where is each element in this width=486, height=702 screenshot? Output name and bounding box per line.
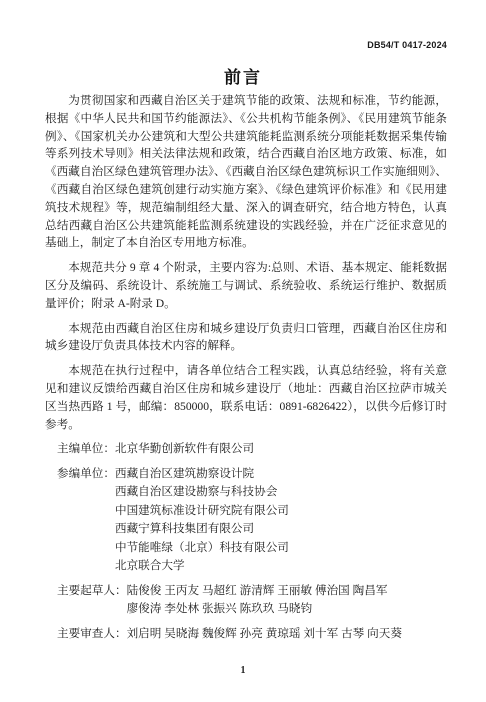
document-page: DB54/T 0417-2024 前言 为贯彻国家和西藏自治区关于建筑节能的政策… bbox=[0, 0, 486, 702]
credit-items: 西藏自治区建筑勘察设计院 西藏自治区建设勘察与科技协会 中国建筑标准设计研究院有… bbox=[115, 465, 289, 576]
credit-label: 主编单位： bbox=[57, 440, 115, 459]
credit-item: 西藏自治区建设勘察与科技协会 bbox=[115, 483, 289, 502]
credits-section: 主编单位： 北京华勤创新软件有限公司 参编单位： 西藏自治区建筑勘察设计院 西藏… bbox=[45, 440, 447, 643]
credit-item: 北京联合大学 bbox=[115, 557, 289, 576]
foreword-paragraph-1: 为贯彻国家和西藏自治区关于建筑节能的政策、法规和标准，节约能源，根据《中华人民共… bbox=[45, 92, 447, 252]
credit-items: 北京华勤创新软件有限公司 bbox=[115, 440, 254, 459]
credit-item: 中节能唯绿（北京）科技有限公司 bbox=[115, 539, 289, 558]
foreword-paragraph-2: 本规范共分 9 章 4 个附录，主要内容为:总则、术语、基本规定、能耗数据区分及… bbox=[45, 259, 447, 312]
credit-items: 刘启明 吴晓海 魏俊辉 孙亮 黄琼瑶 刘十军 古琴 向天葵 bbox=[127, 625, 402, 644]
page-number: 1 bbox=[0, 665, 486, 676]
credit-item: 中国建筑标准设计研究院有限公司 bbox=[115, 502, 289, 521]
credit-item: 北京华勤创新软件有限公司 bbox=[115, 440, 254, 459]
credit-item: 刘启明 吴晓海 魏俊辉 孙亮 黄琼瑶 刘十军 古琴 向天葵 bbox=[127, 625, 402, 644]
credit-label: 主要审查人： bbox=[57, 625, 127, 644]
credit-block-drafters: 主要起草人： 陆俊俊 王丙友 马超红 游清辉 王丽敏 傅治国 陶昌军 廖俊涛 李… bbox=[45, 582, 447, 619]
credit-item: 西藏自治区建筑勘察设计院 bbox=[115, 465, 289, 484]
credit-block-chief-editor: 主编单位： 北京华勤创新软件有限公司 bbox=[45, 440, 447, 459]
foreword-paragraph-4: 本规范在执行过程中，请各单位结合工程实践，认真总结经验，将有关意见和建议反馈给西… bbox=[45, 362, 447, 433]
foreword-paragraph-3: 本规范由西藏自治区住房和城乡建设厅负责归口管理，西藏自治区住房和城乡建设厅负责具… bbox=[45, 320, 447, 356]
credit-label: 参编单位： bbox=[57, 465, 115, 484]
foreword-content: 为贯彻国家和西藏自治区关于建筑节能的政策、法规和标准，节约能源，根据《中华人民共… bbox=[45, 92, 447, 649]
credit-items: 陆俊俊 王丙友 马超红 游清辉 王丽敏 傅治国 陶昌军 廖俊涛 李处林 张振兴 … bbox=[127, 582, 388, 619]
credit-item: 廖俊涛 李处林 张振兴 陈玖玖 马晓钧 bbox=[127, 600, 388, 619]
credit-item: 陆俊俊 王丙友 马超红 游清辉 王丽敏 傅治国 陶昌军 bbox=[127, 582, 388, 601]
credit-label: 主要起草人： bbox=[57, 582, 127, 601]
credit-block-co-editors: 参编单位： 西藏自治区建筑勘察设计院 西藏自治区建设勘察与科技协会 中国建筑标准… bbox=[45, 465, 447, 576]
credit-item: 西藏宁算科技集团有限公司 bbox=[115, 520, 289, 539]
credit-block-reviewers: 主要审查人： 刘启明 吴晓海 魏俊辉 孙亮 黄琼瑶 刘十军 古琴 向天葵 bbox=[45, 625, 447, 644]
doc-code: DB54/T 0417-2024 bbox=[367, 40, 447, 50]
page-title: 前言 bbox=[0, 63, 486, 88]
